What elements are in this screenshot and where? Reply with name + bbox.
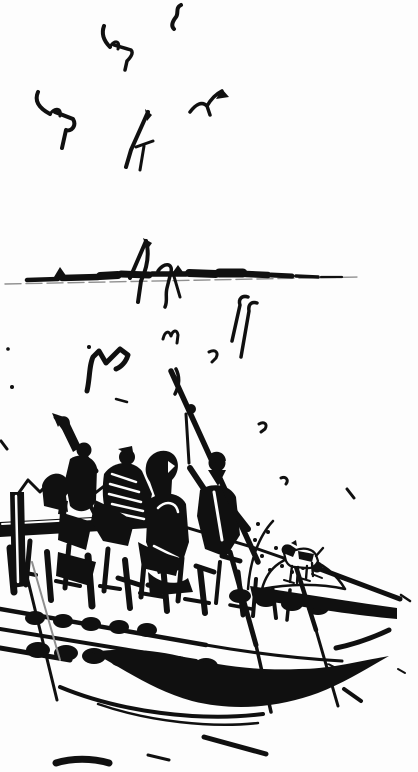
gull-icon xyxy=(126,109,153,170)
gull-icon xyxy=(172,5,181,29)
gull-icon xyxy=(190,89,229,115)
distant-sail-icon xyxy=(173,265,183,272)
figure-background xyxy=(42,474,69,512)
gull-icon xyxy=(209,351,217,362)
illustration-raft-scene: Pen-and-ink illustration: a crew of men … xyxy=(0,0,418,772)
horizon-shoreline xyxy=(5,265,358,284)
gull-icon xyxy=(163,331,178,343)
distant-sail-icon xyxy=(54,267,67,277)
gull-icon xyxy=(87,345,128,402)
gull-icon xyxy=(37,92,75,148)
dog-tail xyxy=(316,548,323,556)
gull-flock-upper xyxy=(37,5,229,170)
gull-icon xyxy=(103,26,132,70)
ink-drawing-canvas xyxy=(0,0,418,772)
dog-ear-icon xyxy=(291,540,297,546)
gull-icon xyxy=(232,296,257,357)
